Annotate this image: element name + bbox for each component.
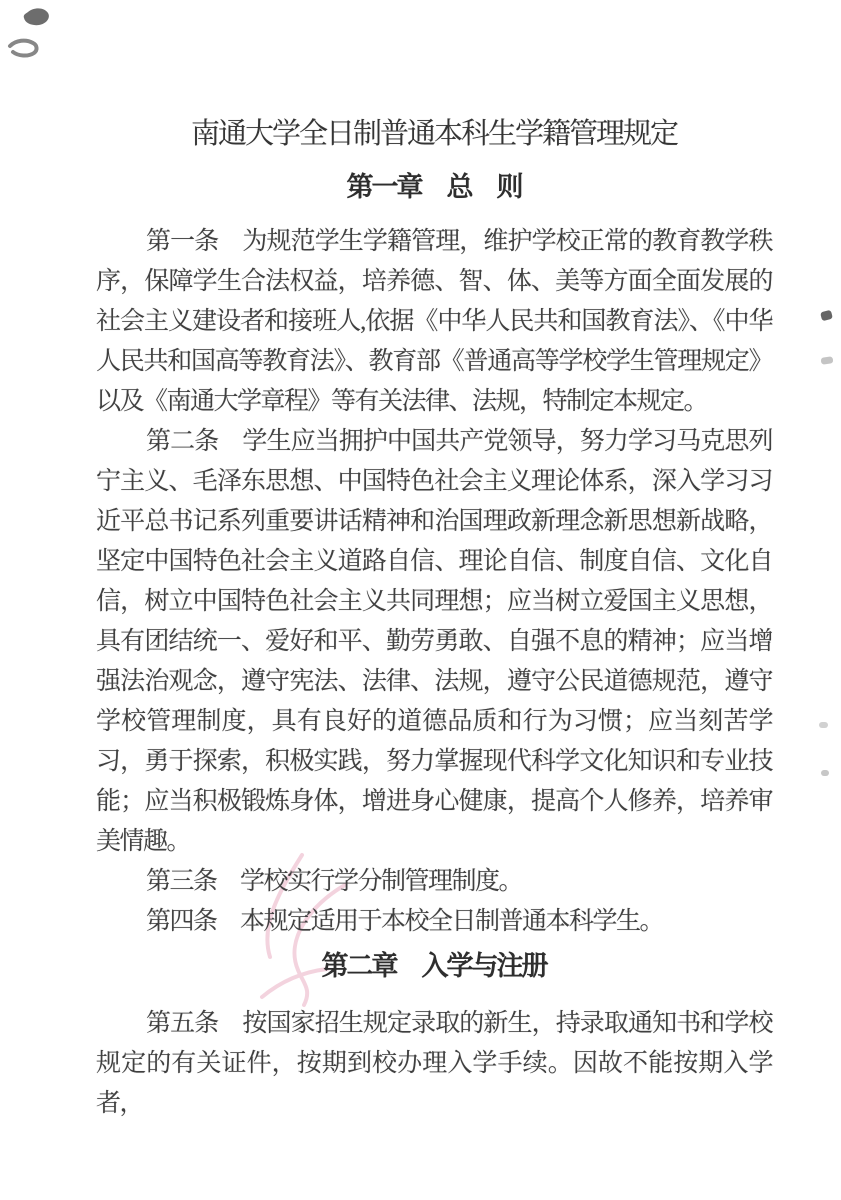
document-content: 南通大学全日制普通本科生学籍管理规定 第一章 总 则 第一条 为规范学生学籍管理…: [96, 0, 772, 1124]
scan-speck: [819, 722, 828, 728]
scan-speck: [821, 770, 829, 776]
chapter-2-heading: 第二章 入学与注册: [96, 950, 772, 982]
article-4-paragraph: 第四条 本规定适用于本校全日制普通本科学生。: [96, 902, 772, 942]
scan-speck: [820, 310, 833, 321]
scan-speck: [821, 356, 834, 365]
scanned-document-page: 南通大学全日制普通本科生学籍管理规定 第一章 总 则 第一条 为规范学生学籍管理…: [0, 0, 841, 1200]
document-title: 南通大学全日制普通本科生学籍管理规定: [96, 117, 772, 151]
scan-smudge-top-left-icon: [6, 4, 76, 74]
article-5-paragraph: 第五条 按国家招生规定录取的新生，持录取通知书和学校规定的有关证件，按期到校办理…: [96, 1004, 772, 1124]
article-2-paragraph: 第二条 学生应当拥护中国共产党领导，努力学习马克思列宁主义、毛泽东思想、中国特色…: [96, 422, 772, 862]
article-3-paragraph: 第三条 学校实行学分制管理制度。: [96, 862, 772, 902]
chapter-1-heading: 第一章 总 则: [96, 171, 772, 203]
article-1-paragraph: 第一条 为规范学生学籍管理，维护学校正常的教育教学秩序，保障学生合法权益，培养德…: [96, 222, 772, 422]
